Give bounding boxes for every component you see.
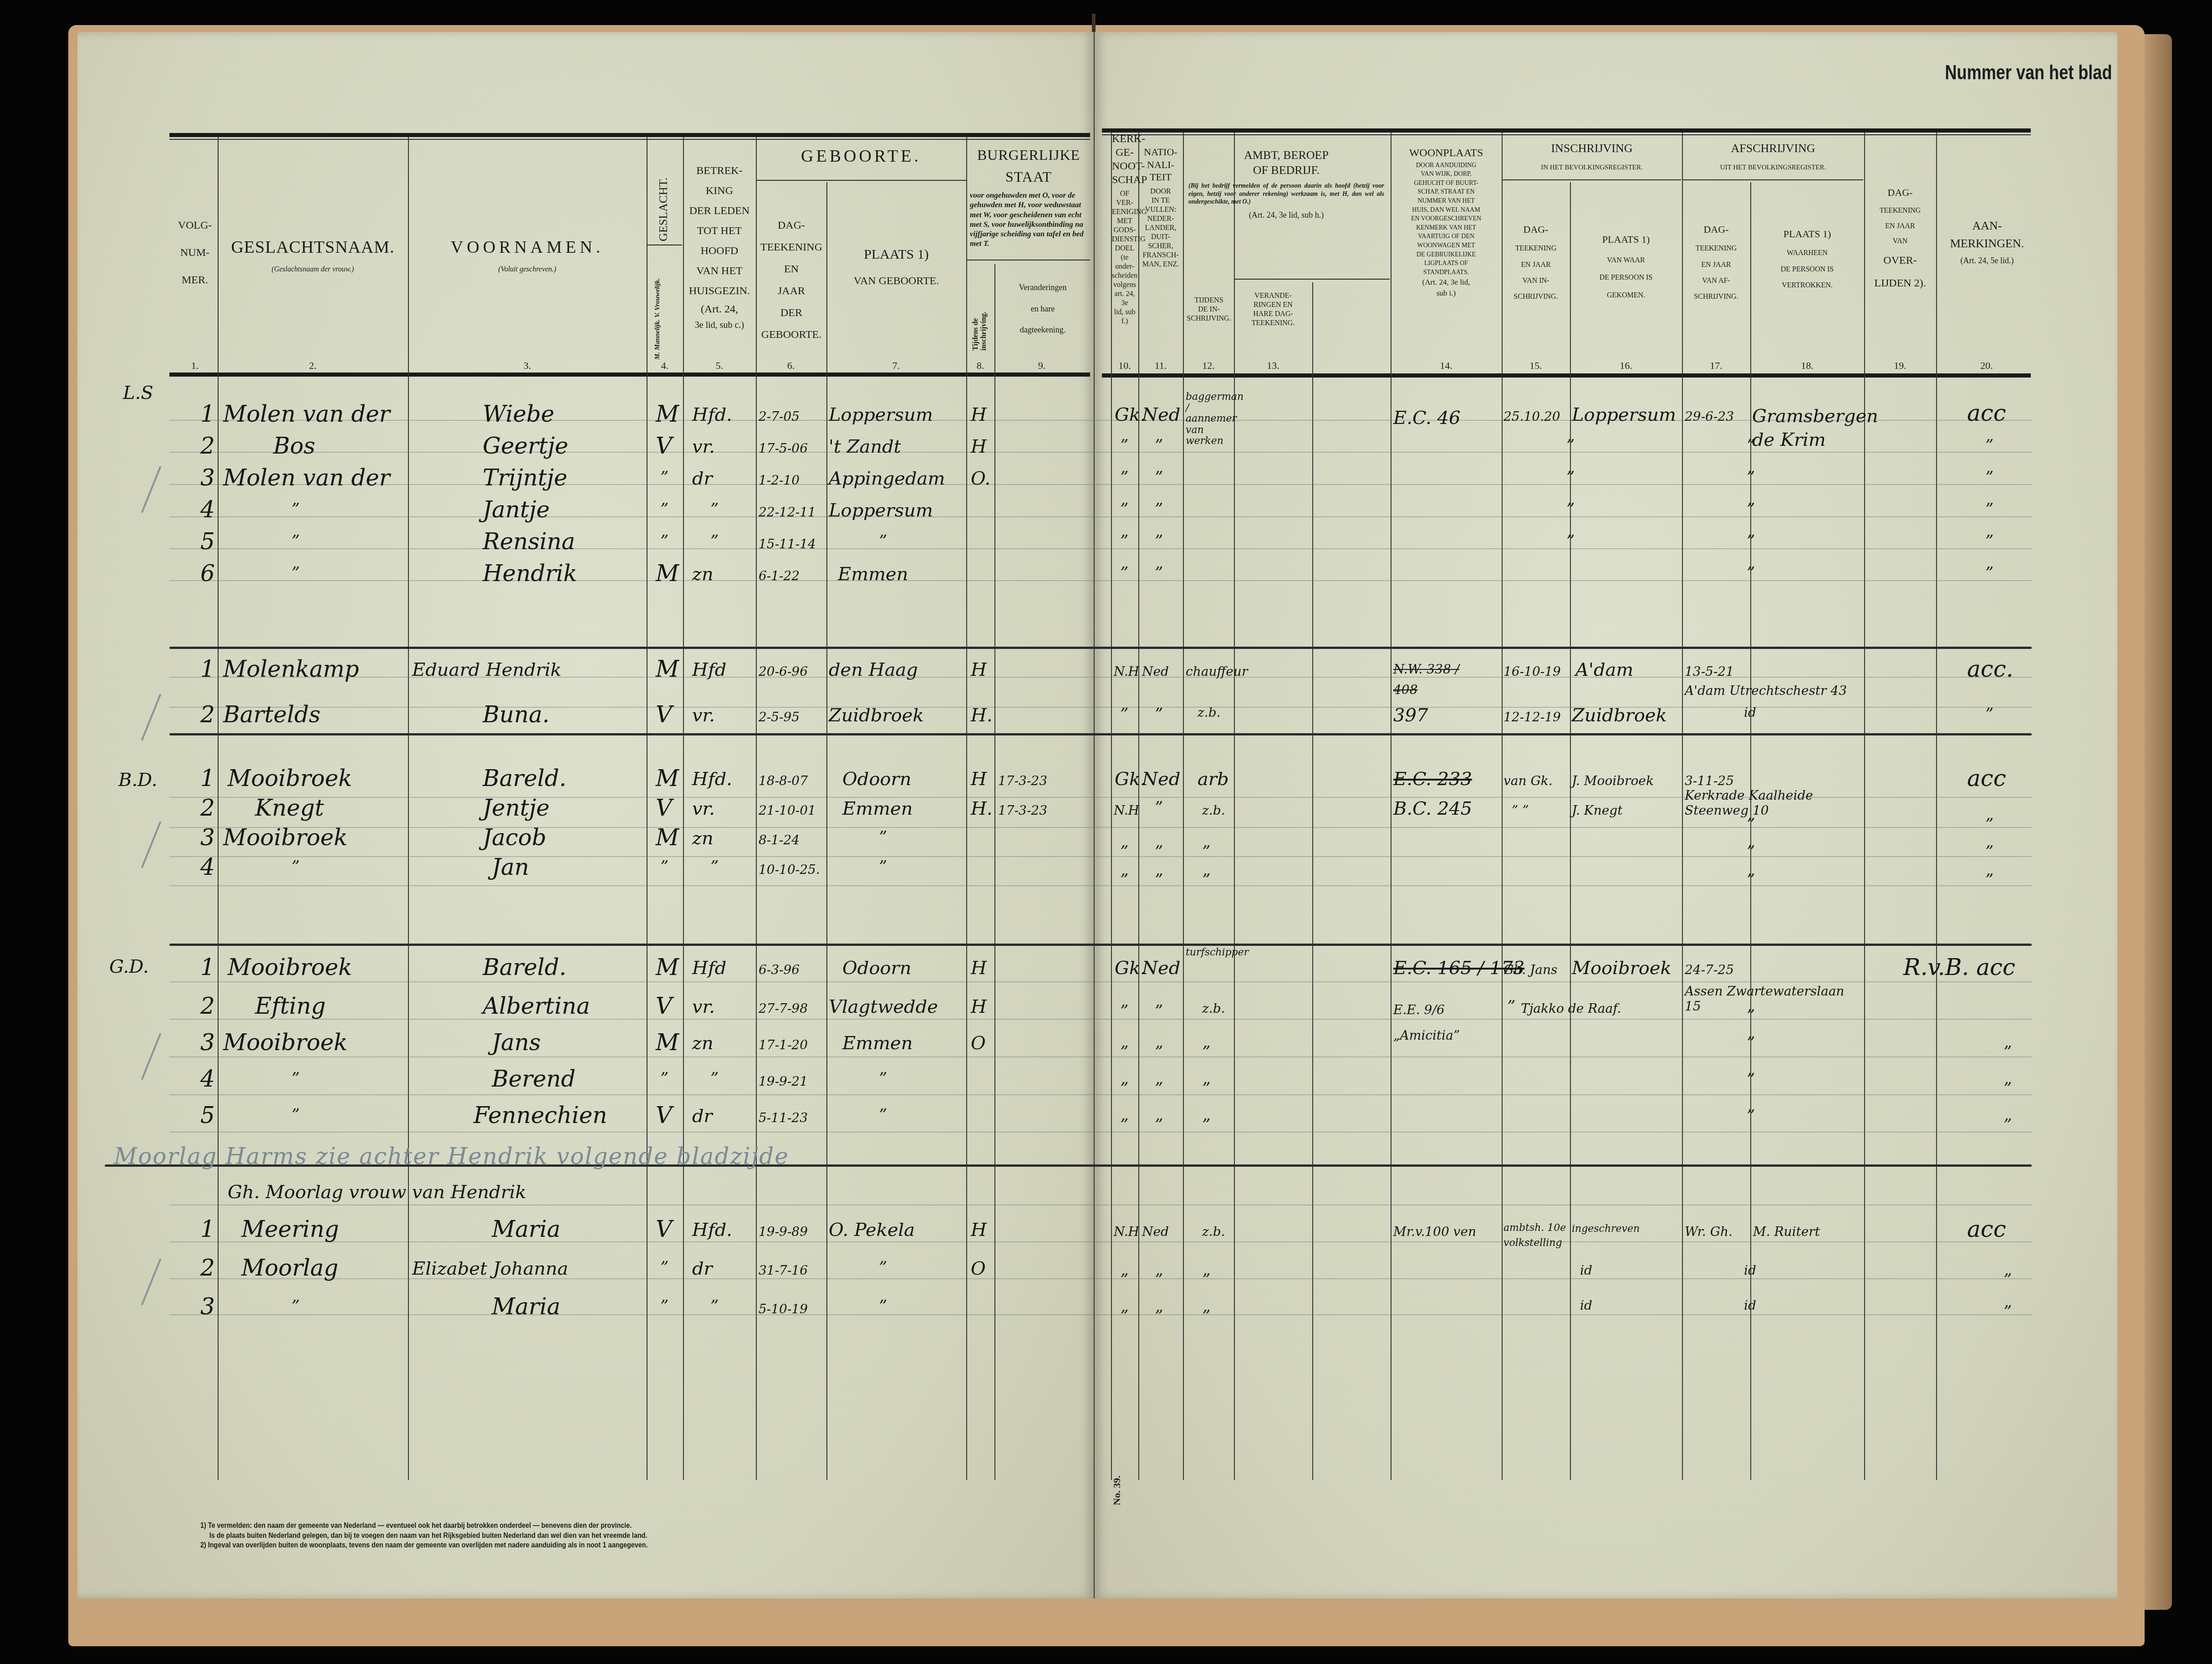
birth-date: 17-1-20 bbox=[759, 1037, 808, 1052]
header-line: KENMERK VAN HET bbox=[1391, 224, 1501, 233]
header-line: AFSCHRIJVING bbox=[1683, 141, 1863, 156]
ditto-mark: ” bbox=[660, 1258, 668, 1277]
column-number: 16. bbox=[1612, 360, 1640, 372]
sex: M bbox=[656, 401, 679, 427]
header-line: HARE DAG- bbox=[1235, 310, 1311, 319]
ditto-mark: ” bbox=[879, 1258, 887, 1277]
given-name: Maria bbox=[492, 1293, 561, 1320]
given-name: Bareld. bbox=[483, 954, 566, 980]
civil-status: O bbox=[971, 1033, 986, 1054]
row-number: 1 bbox=[200, 954, 215, 980]
given-name: Elizabet Johanna bbox=[412, 1258, 568, 1279]
surname: Mooibroek bbox=[223, 824, 347, 851]
row-number: 5 bbox=[200, 528, 215, 555]
registration-from: Zuidbroek bbox=[1572, 705, 1667, 726]
subheader-rule bbox=[647, 245, 682, 245]
header-afschrijving-plaats: PLAATS 1) WAARHEEN DE PERSOON IS VERTROK… bbox=[1751, 223, 1863, 293]
given-name: Buna. bbox=[483, 701, 550, 728]
row-number: 1 bbox=[200, 1216, 215, 1242]
ditto-mark: ” bbox=[2003, 1043, 2012, 1062]
header-line: VAN HET bbox=[684, 264, 755, 278]
footnote-2: 2) Ingeval van overlijden buiten de woon… bbox=[200, 1541, 648, 1551]
ditto-mark: ” bbox=[1747, 468, 1755, 487]
header-geslachtsnaam: GESLACHTSNAAM. (Geslachtsnaam der vrouw.… bbox=[219, 237, 407, 274]
header-line: art. 24, 3e bbox=[1112, 290, 1137, 308]
col-line bbox=[1936, 132, 1937, 1480]
deregistration-date: 24-7-25 bbox=[1685, 962, 1734, 977]
header-line: WOONPLAATS bbox=[1391, 146, 1501, 161]
birth-place: Odoorn bbox=[842, 769, 911, 790]
relation: vr. bbox=[692, 705, 715, 726]
remarks: acc bbox=[1967, 400, 2006, 426]
header-kerkgenootschap: KERK- GE- NOOT- SCHAP OF VER- EENIGING M… bbox=[1112, 132, 1137, 326]
relation: dr bbox=[692, 468, 713, 489]
ditto-mark: ” bbox=[1120, 1307, 1128, 1326]
header-line: OF VER- bbox=[1112, 189, 1137, 208]
civil-status: H bbox=[971, 404, 987, 425]
page-stamp: No. 39. bbox=[1111, 1475, 1123, 1505]
ditto-mark: ” bbox=[879, 858, 887, 876]
household-separator bbox=[169, 733, 2032, 735]
birth-date: 31-7-16 bbox=[759, 1263, 808, 1278]
birth-place: den Haag bbox=[829, 659, 918, 680]
ditto-mark: ” bbox=[1120, 705, 1128, 724]
household-separator bbox=[169, 647, 2032, 649]
registration-from: J. Mooibroek bbox=[1572, 773, 1654, 788]
subheader-rule bbox=[757, 180, 966, 181]
row-number: 4 bbox=[200, 854, 215, 880]
header-line: TEEKENING. bbox=[1235, 319, 1311, 328]
col-line bbox=[1183, 132, 1184, 1480]
remarks: R.v.B. acc bbox=[1903, 954, 2015, 980]
civil-status: H. bbox=[971, 798, 993, 819]
header-line: VAN GEBOORTE. bbox=[827, 274, 965, 288]
given-name: Albertina bbox=[483, 993, 590, 1019]
header-line: sub i.) bbox=[1391, 288, 1501, 299]
occupation: z.b. bbox=[1202, 1001, 1225, 1016]
ditto-mark: ” bbox=[1985, 532, 1993, 551]
ditto-mark: ” bbox=[1120, 842, 1128, 861]
ruled-line bbox=[169, 1314, 2032, 1315]
header-line: WOONWAGEN MET bbox=[1391, 241, 1501, 250]
sex: V bbox=[656, 1102, 672, 1128]
header-line: VULLEN: bbox=[1139, 205, 1182, 214]
surname: Mooibroek bbox=[228, 765, 352, 791]
ditto-mark: ” bbox=[1202, 842, 1210, 861]
civil-status: H bbox=[971, 958, 987, 979]
ditto-mark: ” bbox=[710, 532, 719, 551]
deregistration-to: A'dam Utrechtschestr 43 bbox=[1685, 683, 1858, 698]
church: Gk. bbox=[1115, 769, 1146, 790]
header-line: DAG- bbox=[1683, 219, 1749, 240]
header-line: RINGEN EN bbox=[1235, 301, 1311, 310]
birth-date: 2-7-05 bbox=[759, 409, 800, 424]
header-line: VAN WIJK, DORP, bbox=[1391, 170, 1501, 179]
header-line: KERK- bbox=[1112, 132, 1137, 146]
ditto-mark: ” bbox=[291, 1069, 300, 1088]
given-name: Fennechien bbox=[474, 1102, 607, 1128]
residence: E.C. 46 bbox=[1393, 404, 1466, 432]
relation: dr bbox=[692, 1106, 713, 1127]
birth-place: Emmen bbox=[842, 798, 913, 819]
header-top-rule-left bbox=[169, 133, 1090, 137]
church: N.H bbox=[1114, 664, 1139, 679]
header-title: GESLACHTSNAAM. bbox=[219, 237, 407, 259]
given-name: Hendrik bbox=[483, 560, 577, 587]
ditto-mark: ” bbox=[2003, 1302, 2012, 1321]
ditto-mark: ” bbox=[1155, 798, 1163, 817]
registration-from: Tjakko de Raaf. bbox=[1521, 1001, 1621, 1016]
header-line: GEBOORTE. bbox=[757, 328, 826, 342]
occupation: arb bbox=[1198, 769, 1229, 790]
header-bottom-rule-left bbox=[169, 373, 1090, 377]
header-line: DIENSTIG bbox=[1112, 235, 1137, 244]
registration-from: A'dam bbox=[1575, 659, 1633, 680]
relation: dr bbox=[692, 1258, 713, 1279]
sex: V bbox=[656, 795, 672, 821]
ditto-mark: ” bbox=[1747, 532, 1755, 551]
birth-place: 't Zandt bbox=[829, 436, 901, 457]
ditto-mark: ” bbox=[1747, 815, 1755, 834]
given-name: Jacob bbox=[483, 824, 546, 851]
residence: Mr.v.100 ven bbox=[1393, 1224, 1476, 1239]
header-line: AAN- bbox=[1937, 219, 2037, 234]
ditto-mark: ” bbox=[1155, 705, 1163, 724]
pencil-note-crossed-out: Moorlag Harms zie achter Hendrik volgend… bbox=[114, 1143, 789, 1169]
header-line: NUM- bbox=[173, 246, 217, 260]
birth-date: 6-3-96 bbox=[759, 962, 800, 977]
header-line: MET GODS- bbox=[1112, 217, 1137, 235]
header-top-rule-left-thin bbox=[169, 139, 1090, 140]
relation: Hfd. bbox=[692, 769, 732, 790]
column-number: 6. bbox=[777, 360, 805, 372]
header-line: DE IN- bbox=[1184, 305, 1234, 314]
header-line: TEEKENING bbox=[757, 240, 826, 254]
header-volgnummer: VOLG- NUM- MER. bbox=[173, 219, 217, 287]
sex: M bbox=[656, 824, 679, 851]
residence: N.W. 338 / 408 bbox=[1393, 659, 1484, 700]
ditto-mark: ” bbox=[1566, 468, 1575, 487]
occupation: z.b. bbox=[1202, 803, 1225, 818]
church: N.H bbox=[1114, 803, 1139, 818]
relation: Hfd bbox=[692, 958, 726, 979]
relation: zn bbox=[692, 1033, 714, 1054]
birth-date: 5-10-19 bbox=[759, 1302, 808, 1317]
header-bottom-rule-right bbox=[1102, 373, 2031, 378]
sex: M bbox=[656, 560, 679, 587]
header-veranderingen: Veranderingen en hare dagteekening. bbox=[995, 282, 1090, 335]
header-line: GEKOMEN. bbox=[1571, 287, 1681, 304]
column-number: 8. bbox=[967, 360, 994, 372]
header-line: Veranderingen bbox=[995, 282, 1090, 293]
header-note: (Bij het bedrijf vermelden of de persoon… bbox=[1184, 182, 1389, 206]
sex: M bbox=[656, 656, 679, 682]
header-line: DAG- bbox=[1503, 219, 1569, 240]
occupation: z.b. bbox=[1202, 1224, 1225, 1239]
occupation: z.b. bbox=[1198, 705, 1220, 720]
birth-date: 19-9-89 bbox=[759, 1224, 808, 1239]
column-number: 5. bbox=[706, 360, 733, 372]
registration-from: Loppersum bbox=[1572, 404, 1676, 425]
ditto-mark: ” bbox=[1155, 564, 1163, 582]
header-line: volgens bbox=[1112, 281, 1137, 290]
header-line: NALI- bbox=[1139, 158, 1182, 171]
header-line: EN JAAR bbox=[1683, 257, 1749, 273]
civil-status: H. bbox=[971, 705, 993, 726]
subheader-rule bbox=[1683, 179, 1863, 180]
relation: Hfd. bbox=[692, 1220, 732, 1240]
civil-status: H bbox=[971, 996, 987, 1017]
surname: Bos bbox=[273, 433, 316, 459]
nationality: Ned bbox=[1142, 958, 1180, 979]
birth-date: 20-6-96 bbox=[759, 664, 808, 679]
deregistration-to: id bbox=[1744, 1298, 1756, 1313]
surname: Molenkamp bbox=[223, 656, 359, 682]
header-line: LIGPLAATS OF bbox=[1391, 259, 1501, 268]
header-geslacht: GESLACHT. bbox=[657, 159, 670, 241]
header-line: BURGERLIJKE bbox=[967, 146, 1090, 164]
sex: V bbox=[656, 1216, 672, 1242]
birth-place: Loppersum bbox=[829, 500, 933, 521]
civil-status: H bbox=[971, 769, 987, 790]
ditto-mark: ” bbox=[1120, 1116, 1128, 1134]
birth-place: Vlagtwedde bbox=[829, 996, 938, 1017]
header-title: VOORNAMEN. bbox=[409, 237, 646, 259]
header-line: TEIT bbox=[1139, 171, 1182, 184]
ditto-mark: ” bbox=[1155, 436, 1163, 455]
col-line bbox=[1234, 132, 1235, 1480]
column-number: 2. bbox=[299, 360, 326, 372]
deregistration-to: id bbox=[1744, 1263, 1756, 1278]
ditto-mark: ” bbox=[2003, 1116, 2012, 1134]
row-number: 2 bbox=[200, 1255, 215, 1281]
ditto-mark: ” bbox=[1747, 871, 1755, 889]
registration-from: Mooibroek bbox=[1572, 958, 1672, 979]
sex: M bbox=[656, 1029, 679, 1056]
relation: zn bbox=[692, 564, 714, 585]
ditto-mark: ” bbox=[1155, 1002, 1163, 1021]
header-line: 3e lid, sub c.) bbox=[684, 320, 755, 331]
header-line: LIJDEN 2). bbox=[1865, 272, 1935, 295]
header-note: (Geslachtsnaam der vrouw.) bbox=[219, 265, 407, 274]
given-name: Jantje bbox=[483, 496, 550, 523]
header-line: GEHUCHT OF BUURT- bbox=[1391, 179, 1501, 188]
given-name: Bareld. bbox=[483, 765, 566, 791]
header-geboorte-group: GEBOORTE. bbox=[757, 146, 965, 168]
ditto-mark: ” bbox=[660, 468, 668, 487]
birth-date: 6-1-22 bbox=[759, 568, 800, 583]
header-line: KING bbox=[684, 184, 755, 198]
header-line: UIT HET BEVOLKINGSREGISTER. bbox=[1683, 163, 1863, 172]
header-note: (Art. 24, 3e lid, sub h.) bbox=[1184, 210, 1389, 220]
ditto-mark: ” bbox=[291, 500, 300, 519]
ditto-mark: ” bbox=[660, 1069, 668, 1088]
ditto-mark: ” bbox=[291, 858, 300, 876]
surname: Molen van der bbox=[223, 464, 390, 491]
col-line bbox=[1312, 282, 1313, 1480]
header-line: NEDER- bbox=[1139, 214, 1182, 224]
header-line: scheiden bbox=[1112, 271, 1137, 281]
ruled-line bbox=[169, 1057, 2032, 1057]
column-number: 3. bbox=[514, 360, 541, 372]
surname: Molen van der bbox=[223, 401, 390, 427]
header-afschrijving-datum: DAG- TEEKENING EN JAAR VAN AF- SCHRIJVIN… bbox=[1683, 219, 1749, 305]
ditto-mark: ” bbox=[1747, 436, 1755, 455]
nationality: Ned bbox=[1142, 664, 1169, 679]
deregistration-to: Kerkrade Kaalheide Steenweg 10 bbox=[1685, 788, 1862, 818]
ditto-mark: ” bbox=[1120, 1079, 1128, 1098]
church: Gk. bbox=[1115, 958, 1146, 979]
birth-place: Zuidbroek bbox=[829, 705, 924, 726]
ditto-mark: ” bbox=[1155, 500, 1163, 519]
ditto-mark: ” bbox=[1747, 1006, 1755, 1025]
ditto-mark: ” bbox=[1202, 1043, 1210, 1062]
header-burgerlijke-staat: BURGERLIJKE STAAT voor ongehuwden met O,… bbox=[967, 146, 1090, 249]
ditto-mark: ” bbox=[1747, 500, 1755, 519]
relation: Hfd. bbox=[692, 404, 732, 425]
birth-place: Loppersum bbox=[829, 404, 933, 425]
row-number: 4 bbox=[200, 496, 215, 523]
ditto-mark: ” bbox=[1747, 1070, 1755, 1089]
header-line: lid, sub f.) bbox=[1112, 308, 1137, 326]
ditto-mark: ” bbox=[879, 828, 887, 847]
col-line bbox=[1864, 132, 1865, 1480]
civil-status-change: 17-3-23 bbox=[998, 803, 1047, 818]
ditto-mark: ” bbox=[1120, 532, 1128, 551]
col-line bbox=[994, 264, 995, 1480]
row-number: 6 bbox=[200, 560, 215, 587]
given-name: Eduard Hendrik bbox=[412, 659, 561, 680]
ruled-line bbox=[169, 1094, 2032, 1095]
header-line: INSCHRIJVING bbox=[1503, 141, 1681, 156]
birth-date: 27-7-98 bbox=[759, 1001, 808, 1016]
ditto-mark: ” bbox=[660, 858, 668, 876]
ditto-mark: ” bbox=[879, 532, 887, 551]
civil-status: O. bbox=[971, 468, 990, 489]
margin-mark: L.S bbox=[123, 383, 153, 403]
household-separator bbox=[169, 944, 2032, 946]
nationality: Ned bbox=[1142, 1224, 1169, 1239]
header-line: DOOR AANDUIDING bbox=[1391, 161, 1501, 170]
column-number: 12. bbox=[1195, 360, 1222, 372]
ditto-mark: ” bbox=[1747, 564, 1755, 582]
header-line: TEEKENING bbox=[1503, 240, 1569, 256]
ditto-mark: ” bbox=[1155, 842, 1163, 861]
ditto-mark: ” bbox=[1985, 842, 1993, 861]
header-tijdens-inschrijving-beroep: TIJDENS DE IN- SCHRIJVING. bbox=[1184, 296, 1234, 323]
ditto-mark: ” bbox=[1155, 1116, 1163, 1134]
birth-date: 21-10-01 bbox=[759, 803, 816, 818]
ditto-mark: ” bbox=[1155, 1079, 1163, 1098]
ditto-mark: ” bbox=[1985, 705, 1993, 724]
ditto-mark: ” bbox=[1985, 564, 1993, 582]
header-line: SCHRIJVING. bbox=[1184, 314, 1234, 323]
remarks: acc bbox=[1967, 765, 2006, 791]
row-number: 1 bbox=[200, 401, 215, 427]
registration-from: ingeschreven bbox=[1572, 1223, 1640, 1235]
column-number: 1. bbox=[181, 360, 209, 372]
ditto-mark: ” bbox=[1985, 436, 1993, 455]
ditto-mark: ” bbox=[1120, 871, 1128, 889]
ditto-mark: ” bbox=[1120, 1271, 1128, 1289]
header-line: dagteekening. bbox=[995, 325, 1090, 335]
birth-date: 17-5-06 bbox=[759, 441, 808, 456]
ditto-mark: ” bbox=[1202, 1271, 1210, 1289]
surname: Meering bbox=[241, 1216, 339, 1242]
header-line: MAN, ENZ. bbox=[1139, 260, 1182, 269]
header-veranderingen-beroep: VERANDE- RINGEN EN HARE DAG- TEEKENING. bbox=[1235, 291, 1311, 328]
header-line: VAN bbox=[1865, 234, 1935, 249]
residence: E.E. 9/6 „Amicitia” bbox=[1393, 997, 1484, 1048]
ditto-mark: ” bbox=[1120, 564, 1128, 582]
header-line: NOOT- bbox=[1112, 159, 1137, 173]
registration-date: Gb. Jans bbox=[1504, 962, 1557, 977]
header-line: LANDER, bbox=[1139, 224, 1182, 233]
ditto-mark: ” bbox=[291, 1106, 300, 1124]
ditto-mark: ” bbox=[879, 1106, 887, 1124]
header-line: STANDPLAATS. bbox=[1391, 268, 1501, 277]
surname: Bartelds bbox=[223, 701, 321, 728]
row-number: 3 bbox=[200, 1293, 215, 1320]
ditto-mark: ” bbox=[1985, 500, 1993, 519]
column-number: 17. bbox=[1702, 360, 1730, 372]
header-line: DER LEDEN bbox=[684, 204, 755, 218]
header-line: EN JAAR bbox=[1865, 219, 1935, 234]
relation: vr. bbox=[692, 996, 715, 1017]
header-line: PLAATS 1) bbox=[827, 246, 965, 263]
subheader-rule bbox=[967, 260, 1090, 260]
given-name: Wiebe bbox=[483, 401, 555, 427]
surname: Mooibroek bbox=[228, 954, 352, 980]
ditto-mark: ” bbox=[1507, 997, 1515, 1016]
header-line: STAAT bbox=[967, 168, 1090, 186]
occupation: chauffeur bbox=[1186, 664, 1248, 679]
column-number: 9. bbox=[1028, 360, 1055, 372]
birth-date: 22-12-11 bbox=[759, 505, 816, 520]
surname: Efting bbox=[255, 993, 326, 1019]
ditto-mark: ” bbox=[710, 858, 719, 876]
margin-mark: G.D. bbox=[109, 956, 149, 977]
ditto-mark: ” bbox=[1985, 815, 1993, 834]
header-tijdens-inschrijving: Tijdens de inschrijving. bbox=[972, 282, 988, 351]
column-number: 18. bbox=[1794, 360, 1821, 372]
civil-status: O bbox=[971, 1258, 986, 1279]
birth-place: Emmen bbox=[842, 1033, 913, 1054]
header-line: DAG- bbox=[1865, 182, 1935, 203]
birth-date: 5-11-23 bbox=[759, 1110, 808, 1125]
row-number: 1 bbox=[200, 765, 215, 791]
sex: V bbox=[656, 701, 672, 728]
header-line: PLAATS 1) bbox=[1571, 228, 1681, 252]
header-line: HUISGEZIN. bbox=[684, 284, 755, 298]
col-line bbox=[826, 182, 827, 1480]
birth-date: 15-11-14 bbox=[759, 536, 816, 551]
col-line bbox=[1570, 182, 1571, 1480]
col-line bbox=[1391, 132, 1391, 1480]
column-number: 19. bbox=[1886, 360, 1914, 372]
header-line: TEEKENING bbox=[1865, 203, 1935, 219]
relation: vr. bbox=[692, 436, 715, 457]
header-line: OVER- bbox=[1865, 249, 1935, 272]
ditto-mark: ” bbox=[879, 1297, 887, 1316]
birth-date: 8-1-24 bbox=[759, 832, 800, 847]
header-line: VOLG- bbox=[173, 219, 217, 232]
ditto-mark: ” bbox=[660, 500, 668, 519]
ditto-mark: ” bbox=[2003, 1271, 2012, 1289]
ditto-mark: ” bbox=[1155, 468, 1163, 487]
ditto-mark: ” bbox=[1566, 532, 1575, 551]
col-line bbox=[1682, 132, 1683, 1480]
